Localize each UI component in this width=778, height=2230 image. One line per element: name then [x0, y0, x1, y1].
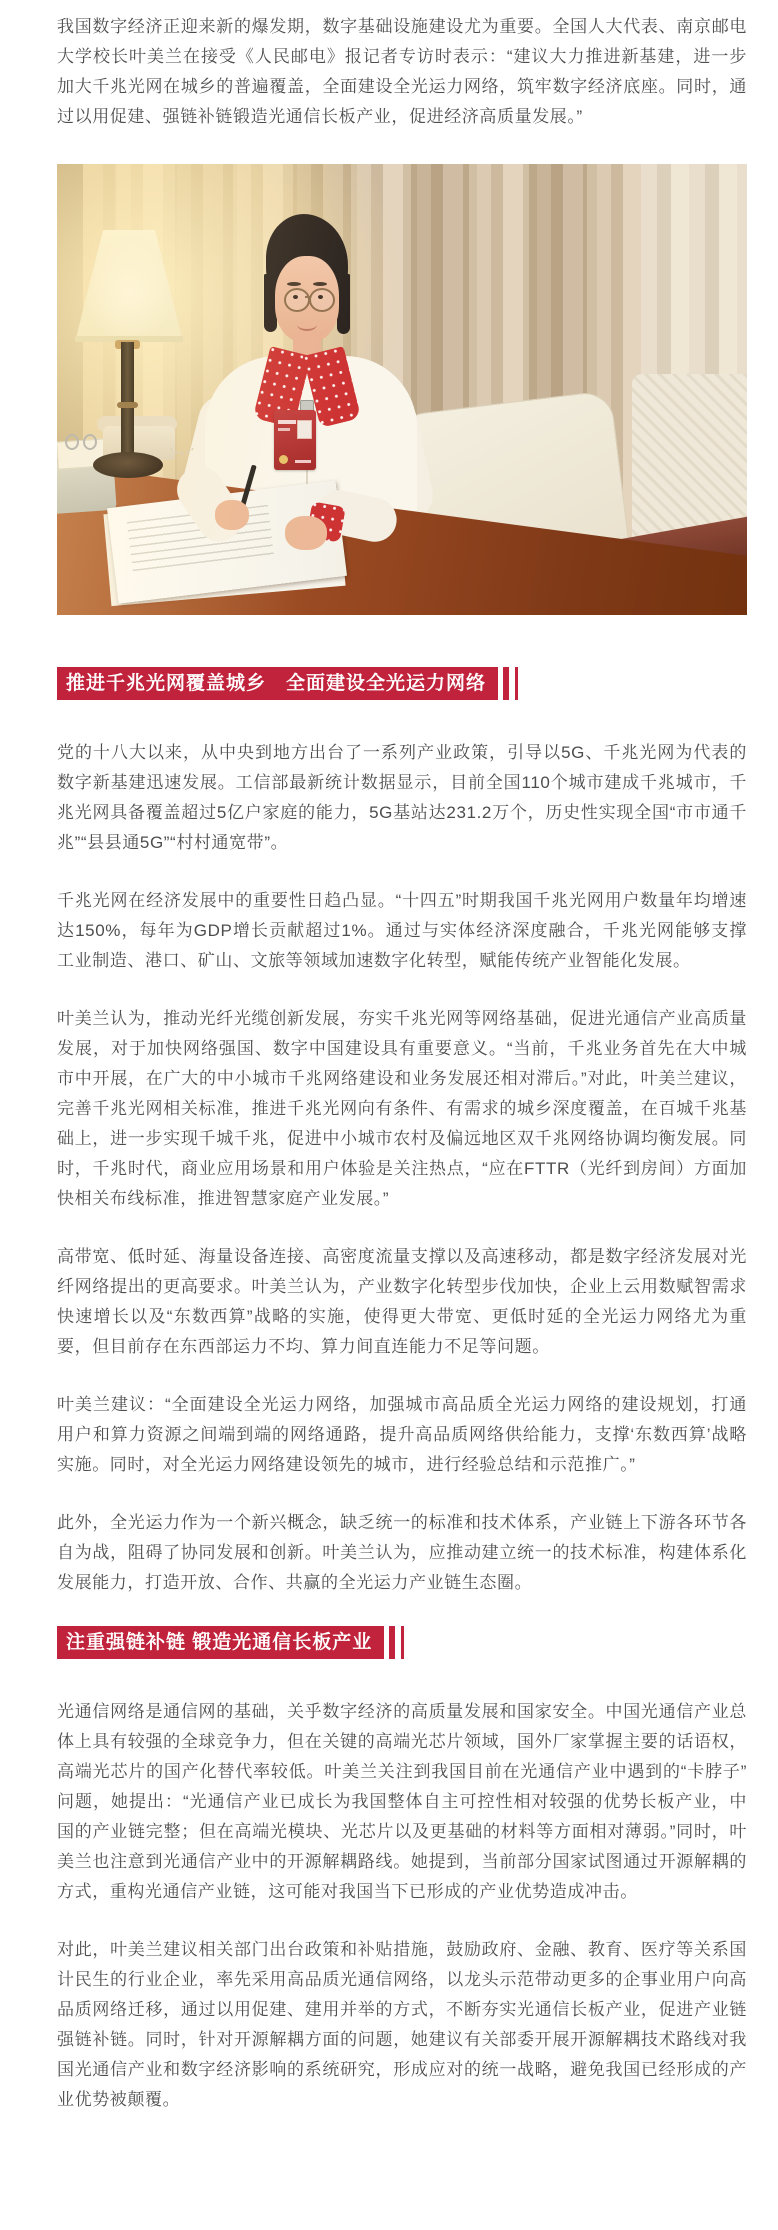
section-heading-1-text: 推进千兆光网覆盖城乡 全面建设全光运力网络: [57, 667, 498, 700]
paragraph-s1-5: 叶美兰建议：“全面建设全光运力网络，加强城市高品质全光运力网络的建设规划，打通用…: [57, 1390, 747, 1480]
section-heading-2-text: 注重强链补链 锻造光通信长板产业: [57, 1626, 384, 1659]
section-heading-1: 推进千兆光网覆盖城乡 全面建设全光运力网络: [57, 667, 747, 700]
paragraph-s1-3: 叶美兰认为，推动光纤光缆创新发展，夯实千兆光网等网络基础，促进光通信产业高质量发…: [57, 1004, 747, 1214]
intro-paragraph: 我国数字经济正迎来新的爆发期，数字基础设施建设尤为重要。全国人大代表、南京邮电大…: [57, 12, 747, 132]
double-bar-icon: [503, 667, 518, 700]
paragraph-s1-1: 党的十八大以来，从中央到地方出台了一系列产业政策，引导以5G、千兆光网为代表的数…: [57, 738, 747, 858]
double-bar-icon: [389, 1626, 404, 1659]
paragraph-s1-6: 此外，全光运力作为一个新兴概念，缺乏统一的标准和技术体系，产业链上下游各环节各自…: [57, 1508, 747, 1598]
paragraph-s2-2: 对此，叶美兰建议相关部门出台政策和补贴措施，鼓励政府、金融、教育、医疗等关系国计…: [57, 1935, 747, 2115]
paragraph-s2-1: 光通信网络是通信网的基础，关乎数字经济的高质量发展和国家安全。中国光通信产业总体…: [57, 1697, 747, 1907]
interview-photo: [57, 164, 747, 615]
paragraph-s1-2: 千兆光网在经济发展中的重要性日趋凸显。“十四五”时期我国千兆光网用户数量年均增速…: [57, 886, 747, 976]
warm-light-overlay: [57, 164, 747, 615]
paragraph-s1-4: 高带宽、低时延、海量设备连接、高密度流量支撑以及高速移动，都是数字经济发展对光纤…: [57, 1242, 747, 1362]
article-body: 我国数字经济正迎来新的爆发期，数字基础设施建设尤为重要。全国人大代表、南京邮电大…: [0, 0, 778, 2163]
section-heading-2: 注重强链补链 锻造光通信长板产业: [57, 1626, 747, 1659]
